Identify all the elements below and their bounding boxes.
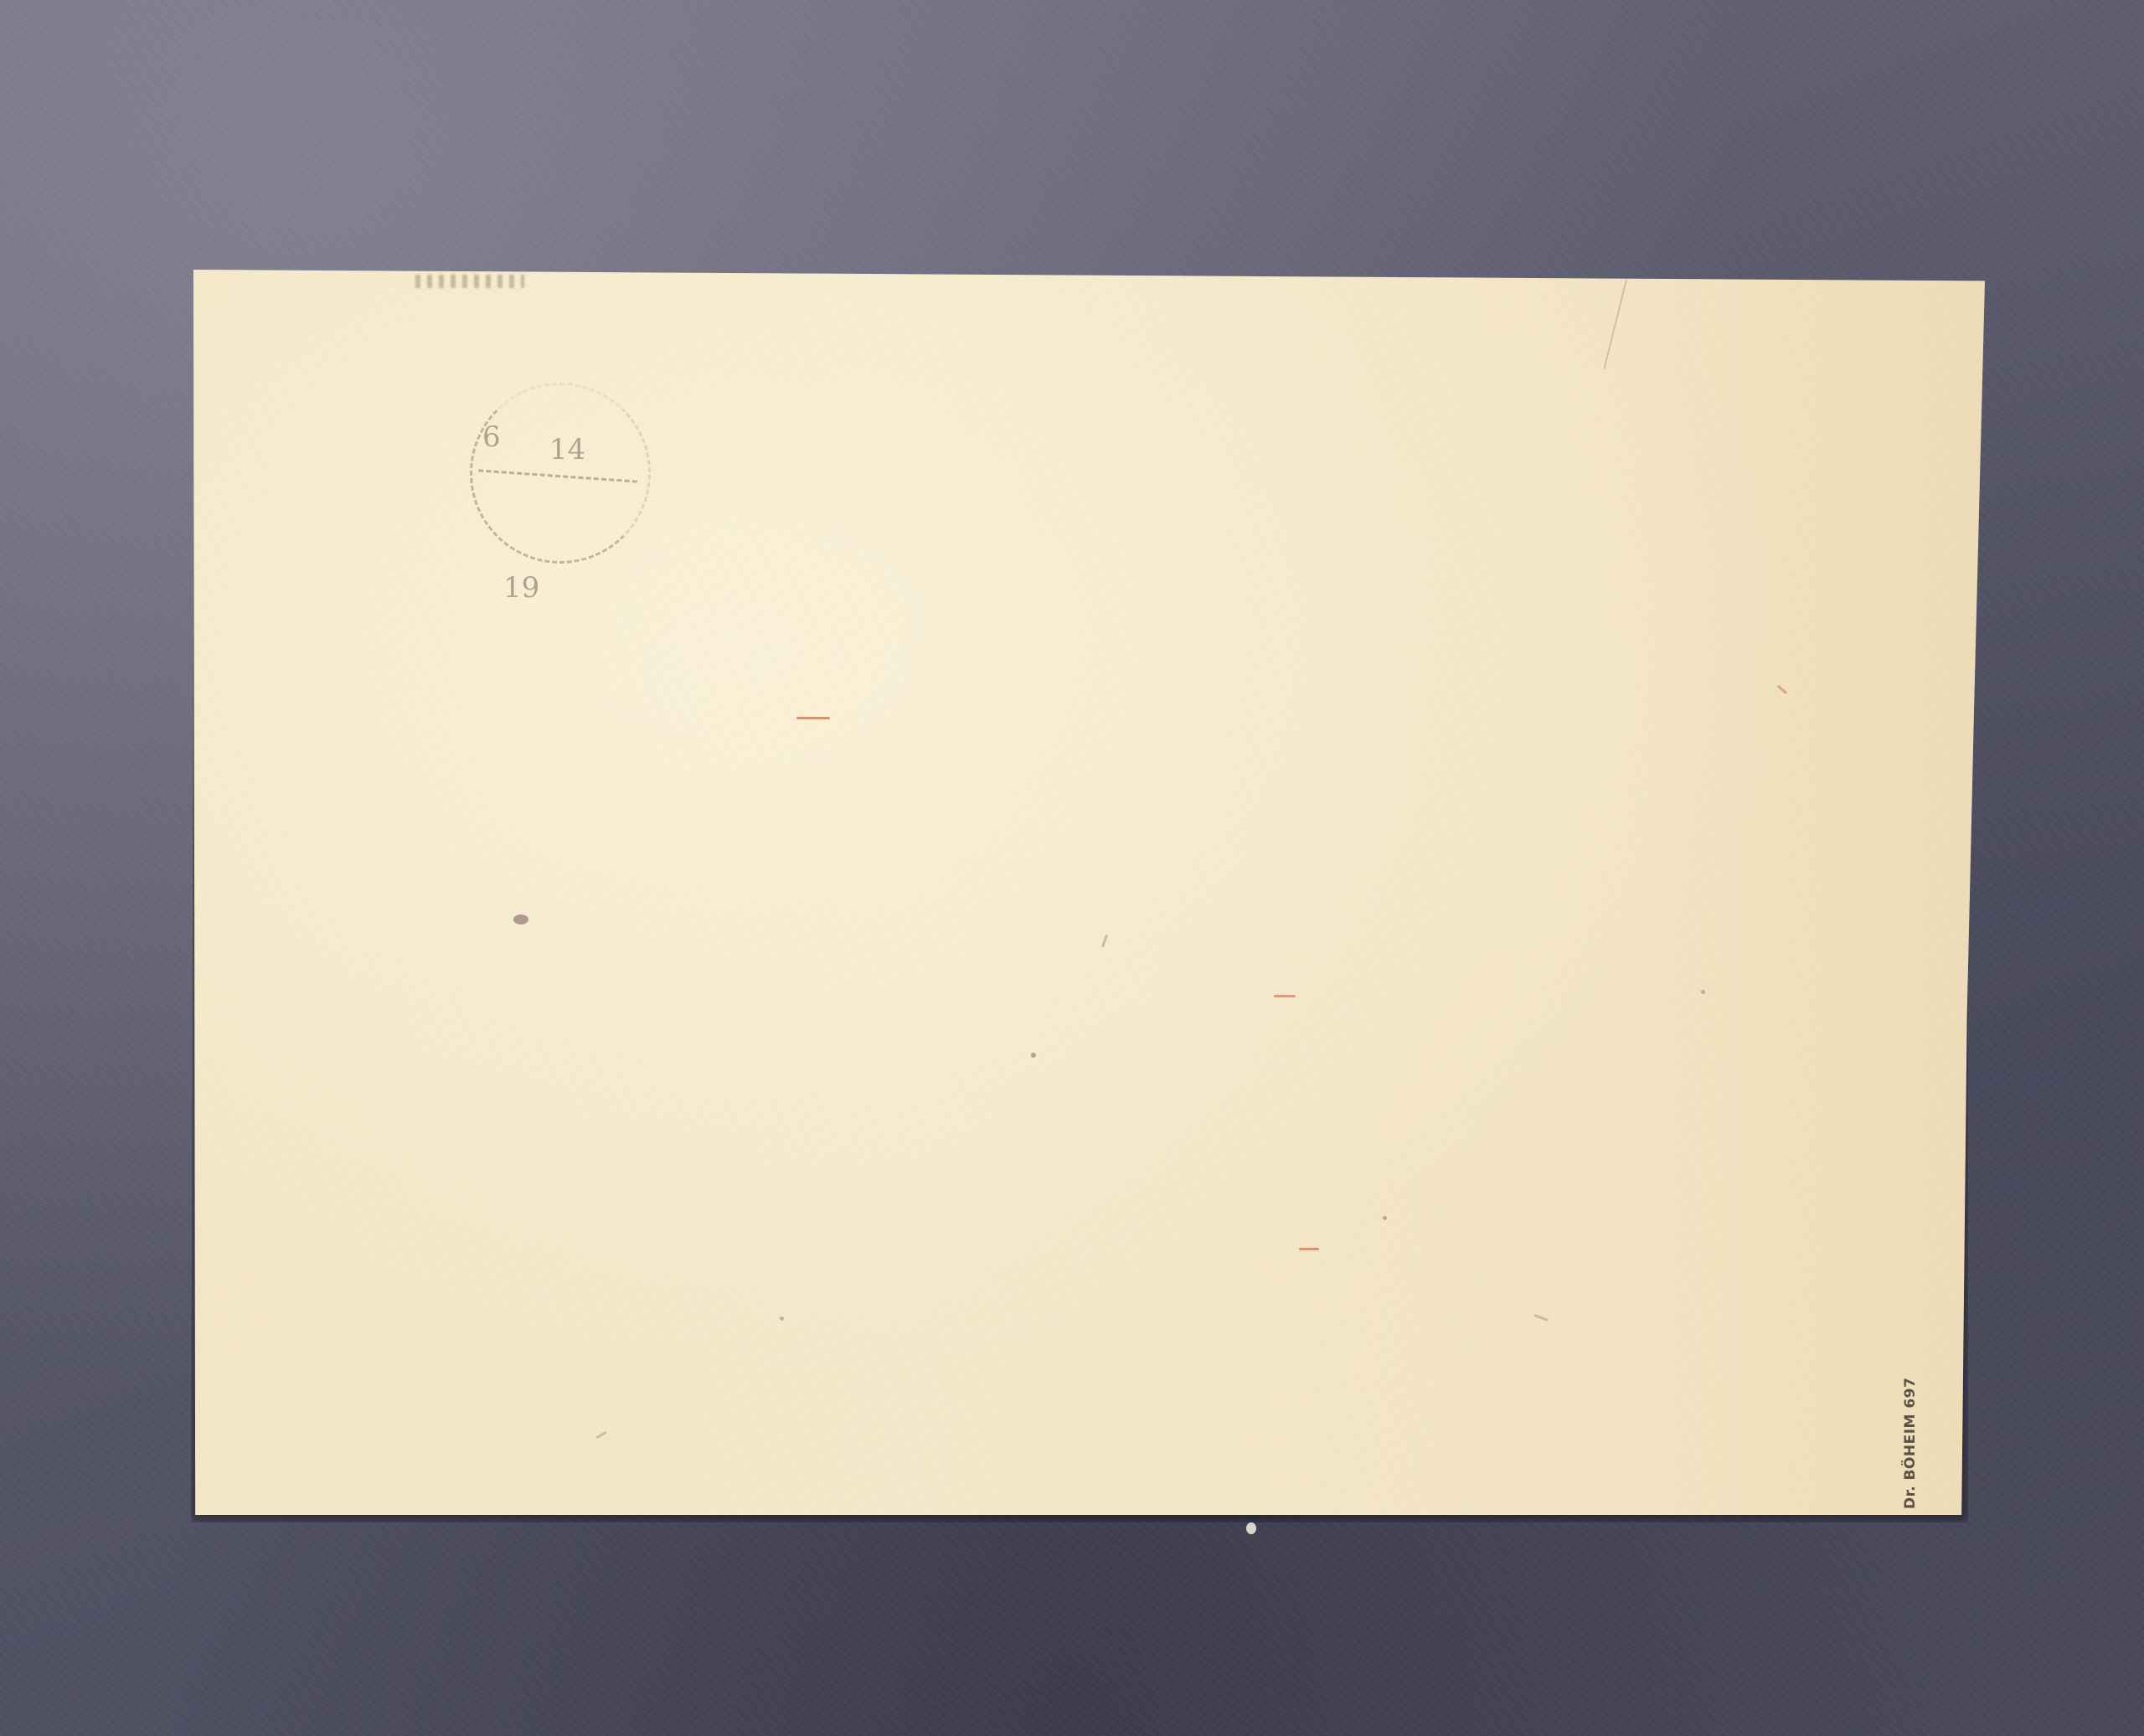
paper-fiber — [1274, 995, 1296, 997]
paper-fiber — [796, 717, 830, 719]
table-debris-speck — [1246, 1522, 1256, 1534]
paper-crease — [1603, 280, 1627, 369]
postcard-back: 6 14 19 Dr. BÖHEIM 697 — [193, 270, 1985, 1515]
paper-fiber — [1101, 934, 1108, 947]
postmark-glyph: 19 — [503, 571, 539, 605]
top-edge-ink-smudge — [415, 275, 524, 288]
paper-fiber — [595, 1431, 607, 1440]
paper-speck — [1701, 990, 1705, 994]
postmark-glyph: 14 — [549, 433, 585, 466]
paper-speck — [780, 1316, 784, 1321]
paper-fiber — [1533, 1314, 1549, 1321]
paper-speck — [513, 914, 528, 925]
postmark-circle — [470, 383, 651, 564]
paper-fiber — [1777, 685, 1788, 694]
postmark-glyph: 6 — [482, 420, 501, 454]
paper-speck — [1383, 1216, 1387, 1220]
printer-imprint: Dr. BÖHEIM 697 — [1902, 1378, 1919, 1509]
paper-fiber — [1299, 1248, 1319, 1250]
paper-speck — [1031, 1053, 1036, 1058]
